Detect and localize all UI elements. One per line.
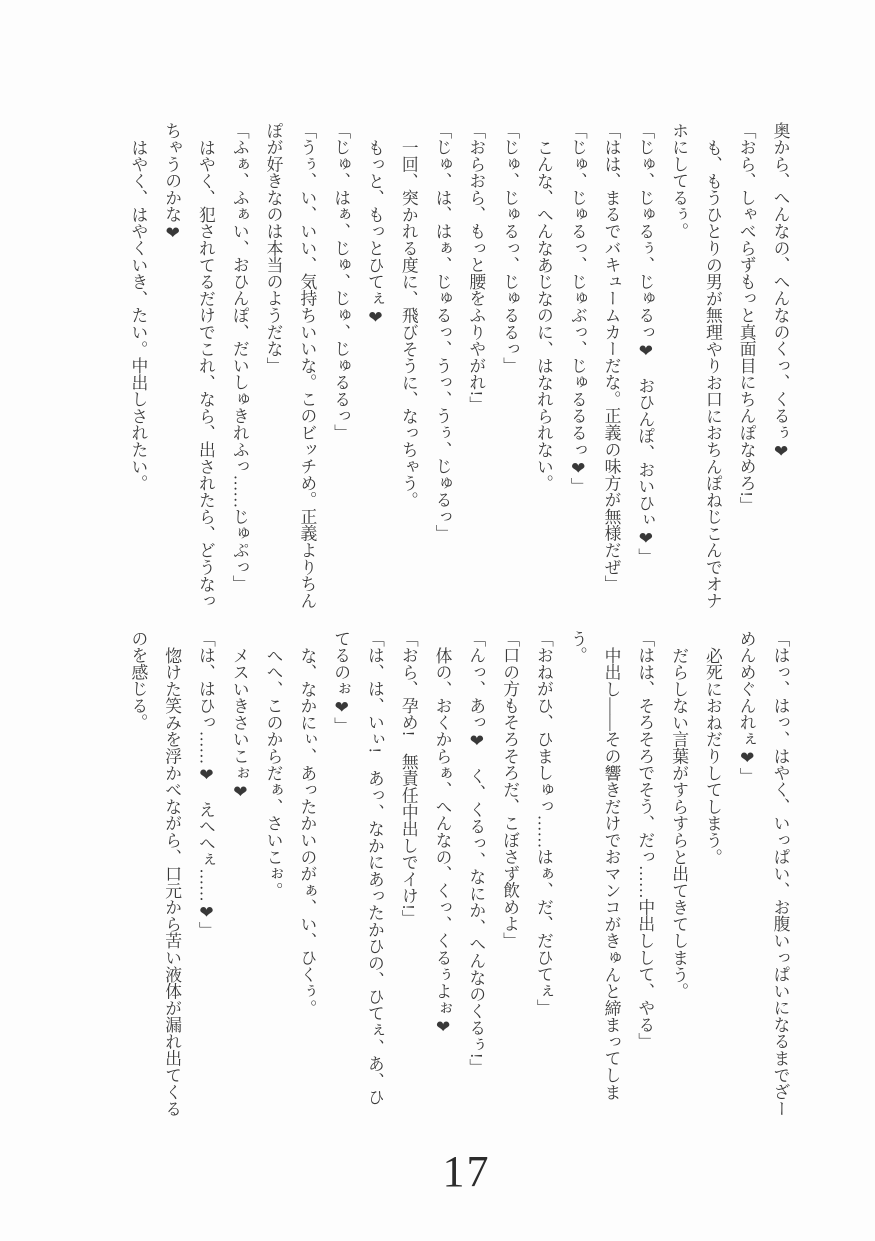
text-column: 体の、おくからぁ、へんなの、くっ、くるぅよぉ❤ [425, 630, 459, 1142]
page-number: 17 [58, 1146, 875, 1197]
lower-text-block: 「はっ、はっ、はやく、いっぱい、お腹いっぱいになるまでざーめんめぐんれぇ❤」必死… [121, 630, 797, 1142]
text-column: メスいきさいこぉ❤ [222, 630, 256, 1142]
text-column: 「おら、孕め! 無責任中出しでイけ!」 [391, 630, 425, 1142]
text-column: 中出し――その響きだけでおマンコがきゅんと締まってしま [594, 630, 628, 1142]
text-column: な、なかにぃ、あったかいのがぁ、い、ひくぅ。 [290, 630, 324, 1142]
text-column: 「おねがひ、ひましゅっ……はぁ、だ、だひてぇ」 [527, 630, 561, 1142]
text-column: 一回、突かれる度に、飛びそうに、なっちゃう。 [391, 122, 425, 634]
text-column: のを感じる。 [121, 630, 155, 1142]
text-column: 「は、はひっ……❤ えへへぇ……❤」 [189, 630, 223, 1142]
text-column: だらしない言葉がすらすらと出てきてしまう。 [662, 630, 696, 1142]
text-column: 必死におねだりしてしまう。 [696, 630, 730, 1142]
text-column: 「んっ、あっ❤ く、くるっ、なにか、へんなのくるぅ!」 [459, 630, 493, 1142]
text-column: 「はは、まるでバキュームカーだな。正義の味方が無様だぜ」 [594, 122, 628, 634]
text-column: はやく、犯されてるだけでこれ、なら、出されたら、どうなっ [189, 122, 223, 634]
text-column: 「じゅ、じゅるっ、じゅるるっ」 [493, 122, 527, 634]
text-column: 「ふぁ、ふぁい、おひんぽ、だいしゅきれふっ……じゅぷっ」 [222, 122, 256, 634]
text-column: こんな、へんなあじなのに、はなれられない。 [527, 122, 561, 634]
text-column: う。 [560, 630, 594, 1142]
text-column: 惚けた笑みを浮かべながら、口元から苦い液体が漏れ出てくる [155, 630, 189, 1142]
text-column: 「口の方もそろそろだ、こぼさず飲めよ」 [493, 630, 527, 1142]
text-column: 「じゅ、はぁ、じゅ、じゅ、じゅるるっ」 [324, 122, 358, 634]
text-column: ホにしてるぅ。 [662, 122, 696, 634]
text-column: も、もうひとりの男が無理やりお口におちんぽねじこんでオナ [696, 122, 730, 634]
text-column: へへ、このからだぁ、さいこぉ。 [256, 630, 290, 1142]
text-column: 奥から、へんなの、へんなのくっ、くるぅ❤ [763, 122, 797, 634]
text-column: 「じゅ、じゅるっ、じゅぶっ、じゅるるるっ❤」 [560, 122, 594, 634]
text-column: 「は、は、いぃ! あっ、なかにあったかひの、ひてぇ、あ、ひ [358, 630, 392, 1142]
text-column: 「じゅ、じゅるぅ、じゅるっ❤ おひんぽ、おいひぃ❤」 [628, 122, 662, 634]
text-column: 「じゅ、は、はぁ、じゅるっ、うっ、うぅ、じゅるっ」 [425, 122, 459, 634]
text-column: 「おらおら、もっと腰をふりやがれ!」 [459, 122, 493, 634]
text-column: 「うぅ、い、いい、気持ちいいな。このビッチめ。正義よりちん [290, 122, 324, 634]
text-column: もっと、もっとひてぇ❤ [358, 122, 392, 634]
text-column: 「はっ、はっ、はやく、いっぱい、お腹いっぱいになるまでざー [763, 630, 797, 1142]
doujin-novel-page: 奥から、へんなの、へんなのくっ、くるぅ❤「おら、しゃべらずもっと真面目にちんぽな… [0, 0, 875, 1241]
text-column: てるのぉ❤」 [324, 630, 358, 1142]
text-column: 「おら、しゃべらずもっと真面目にちんぽなめろ!」 [729, 122, 763, 634]
text-column: ぽが好きなのは本当のようだな」 [256, 122, 290, 634]
text-column: ちゃうのかな❤ [155, 122, 189, 634]
upper-text-block: 奥から、へんなの、へんなのくっ、くるぅ❤「おら、しゃべらずもっと真面目にちんぽな… [121, 122, 797, 634]
text-column: 「はは、そろそろでそう、だっ……中出しして、やる」 [628, 630, 662, 1142]
text-column: はやく、はやくいき、たい。中出しされたい。 [121, 122, 155, 634]
text-column: めんめぐんれぇ❤」 [729, 630, 763, 1142]
